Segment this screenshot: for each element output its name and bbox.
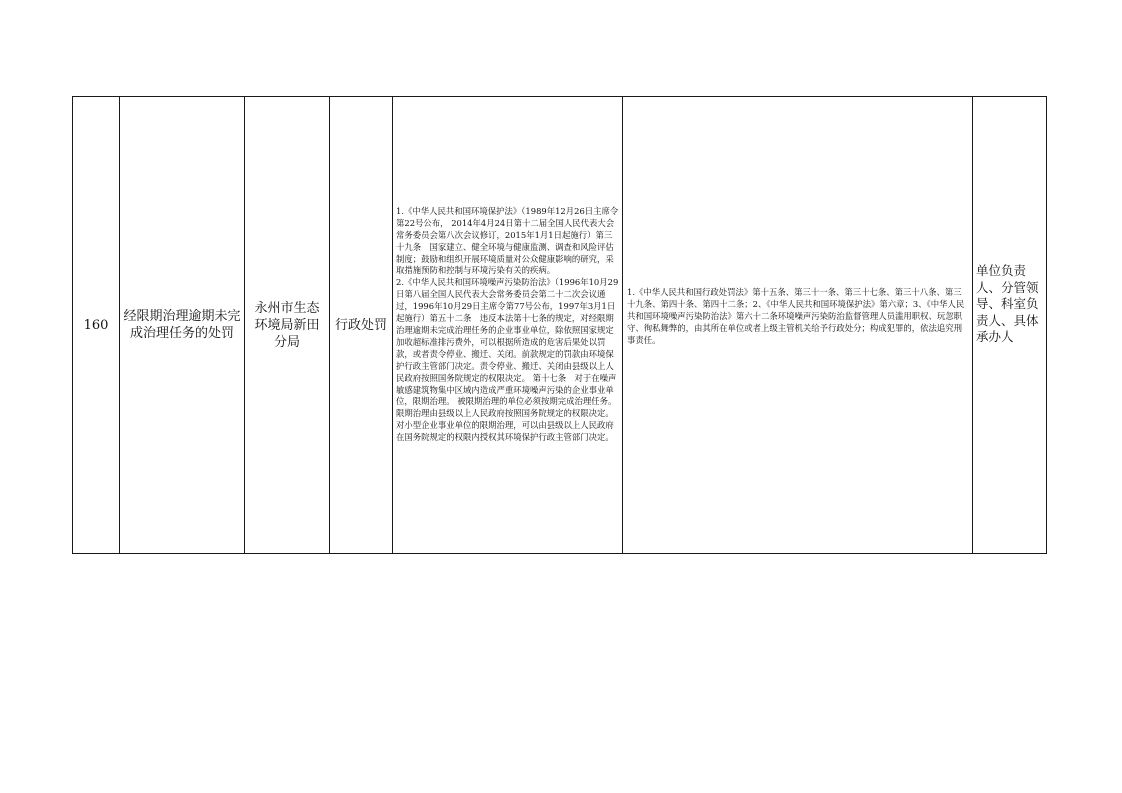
table-row: 160 经限期治理逾期未完成治理任务的处罚 永州市生态环境局新田分局 行政处罚 … — [73, 97, 1047, 554]
power-type-cell: 行政处罚 — [330, 97, 393, 554]
responsible-subject-cell: 单位负责人、分管领导、科室负责人、具体承办人 — [973, 97, 1047, 554]
legal-basis-paragraph-2: 2.《中华人民共和国环境噪声污染防治法》（1996年10月29日第八届全国人民代… — [396, 277, 619, 444]
department-name: 永州市生态环境局新田分局 — [254, 301, 319, 350]
responsibility-text: 1.《中华人民共和国行政处罚法》第十五条、第三十一条、第三十七条、第三十八条、第… — [627, 287, 969, 347]
item-name-cell: 经限期治理逾期未完成治理任务的处罚 — [120, 97, 245, 554]
legal-basis-paragraph-1: 1.《中华人民共和国环境保护法》（1989年12月26日主席令第22号公布， 2… — [396, 206, 619, 277]
power-type: 行政处罚 — [335, 318, 387, 333]
legal-basis-cell: 1.《中华人民共和国环境保护法》（1989年12月26日主席令第22号公布， 2… — [393, 97, 623, 554]
item-name: 经限期治理逾期未完成治理任务的处罚 — [123, 309, 240, 341]
row-number-cell: 160 — [73, 97, 120, 554]
responsibility-cell: 1.《中华人民共和国行政处罚法》第十五条、第三十一条、第三十七条、第三十八条、第… — [623, 97, 973, 554]
department-cell: 永州市生态环境局新田分局 — [245, 97, 330, 554]
responsible-subject: 单位负责人、分管领导、科室负责人、具体承办人 — [976, 263, 1039, 344]
power-list-table: 160 经限期治理逾期未完成治理任务的处罚 永州市生态环境局新田分局 行政处罚 … — [72, 96, 1047, 554]
row-number: 160 — [84, 318, 109, 333]
